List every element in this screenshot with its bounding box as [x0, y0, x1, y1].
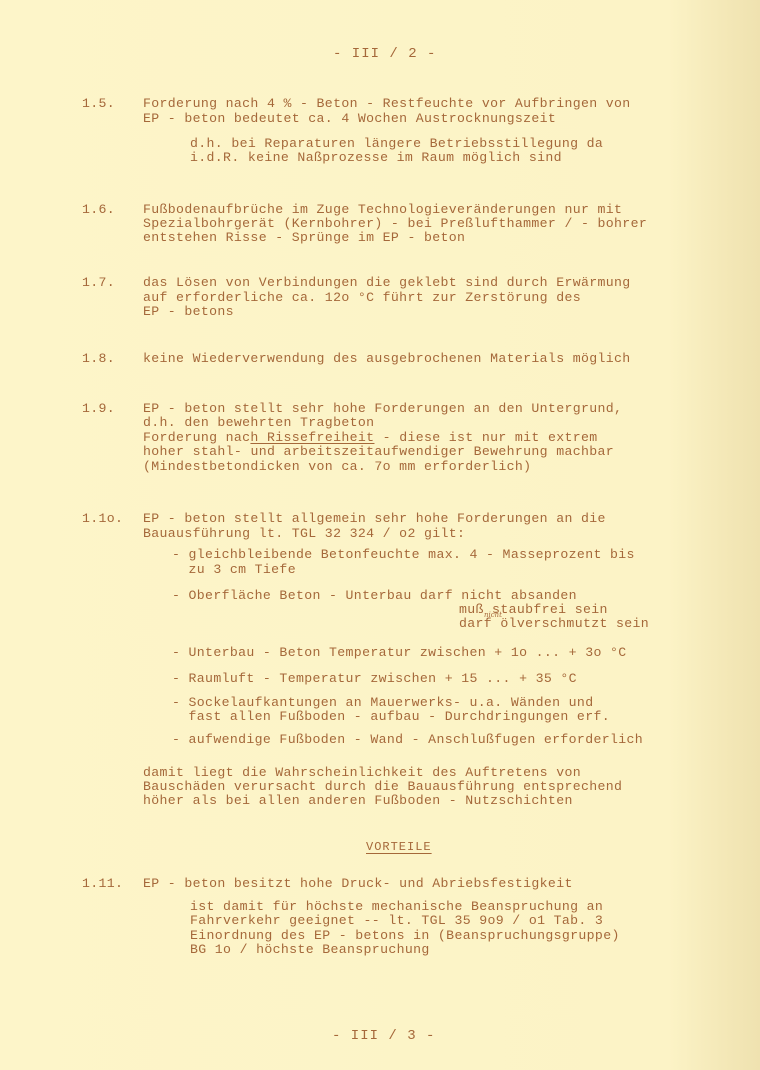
section-1-11-first-line: EP - beton besitzt hohe Druck- und Abrie… [143, 877, 573, 890]
section-1-11-line-2: Fahrverkehr geeignet -- lt. TGL 35 9o9 /… [190, 914, 603, 927]
bullet-oberflaeche: - Oberfläche Beton - Unterbau darf nicht… [172, 589, 577, 602]
underlined-rissefreiheit: Rissefreiheit [267, 430, 374, 445]
text-segment: aufwendiger Bewehrung machbar [374, 444, 614, 459]
section-1-10-line-2: Bauausführung lt. TGL 32 324 / o2 gilt: [143, 527, 465, 540]
conclusion-line-1: damit liegt die Wahrscheinlichkeit des A… [143, 766, 581, 779]
section-number-1-10: 1.1o. [82, 512, 123, 525]
bullet-anschlussfugen: - aufwendige Fußboden - Wand - Anschlußf… [172, 733, 643, 746]
conclusion-line-3: höher als bei allen anderen Fußboden - N… [143, 794, 573, 807]
bullet-feuchte-line-1: - gleichbleibende Betonfeuchte max. 4 - … [172, 548, 635, 561]
section-1-5-line-2: EP - beton bedeutet ca. 4 Wochen Austroc… [143, 112, 556, 125]
bullet-raumluft-temp: - Raumluft - Temperatur zwischen + 15 ..… [172, 672, 577, 685]
section-1-5-sub-1: d.h. bei Reparaturen längere Betriebssti… [190, 137, 603, 150]
typewritten-page: - III / 2 - 1.5. Forderung nach 4 % - Be… [0, 0, 760, 1070]
section-1-9-line-5: (Mindestbetondicken von ca. 7o mm erford… [143, 460, 531, 473]
section-1-11-line-3: Einordnung des EP - betons in (Beanspruc… [190, 929, 620, 942]
text-segment: - diese ist nur mit extrem [374, 430, 597, 445]
section-1-8-line-1: keine Wiederverwendung des ausgebrochene… [143, 352, 631, 365]
section-number-1-5: 1.5. [82, 97, 115, 110]
section-number-1-9: 1.9. [82, 402, 115, 415]
section-number-1-8: 1.8. [82, 352, 115, 365]
conclusion-line-2: Bauschäden verursacht durch die Bauausfü… [143, 780, 622, 793]
bullet-feuchte-line-2: zu 3 cm Tiefe [172, 563, 296, 576]
section-number-1-7: 1.7. [82, 276, 115, 289]
section-1-5-line-1: Forderung nach 4 % - Beton - Restfeuchte… [143, 97, 631, 110]
section-1-6-line-3: entstehen Risse - Sprünge im EP - beton [143, 231, 465, 244]
section-1-6-line-2: Spezialbohrgerät (Kernbohrer) - bei Preß… [143, 217, 647, 230]
section-1-5-sub-2: i.d.R. keine Naßprozesse im Raum möglich… [190, 151, 562, 164]
page-footer: - III / 3 - [332, 1030, 435, 1043]
bullet-sockel-line-2: fast allen Fußboden - aufbau - Durchdrin… [172, 710, 610, 723]
bullet-unterbau-temp: - Unterbau - Beton Temperatur zwischen +… [172, 646, 627, 659]
marked-und-arbeitszeit: und arbeitszeit [250, 444, 374, 459]
text-segment: hoher stahl- [143, 444, 250, 459]
advantages-heading: VORTEILE [366, 841, 432, 854]
section-1-9-line-2: d.h. den bewehrten Tragbeton [143, 416, 374, 429]
section-1-9-line-4: hoher stahl- und arbeitszeitaufwendiger … [143, 445, 614, 458]
section-1-7-line-3: EP - betons [143, 305, 234, 318]
bullet-oberflaeche-cont-1: muß staubfrei sein [459, 603, 608, 616]
text-segment: Forderung nach [143, 430, 267, 445]
page-header: - III / 2 - [333, 48, 436, 61]
section-1-9-line-3: Forderung nach Rissefreiheit - diese ist… [143, 431, 598, 444]
section-1-10-line-1: EP - beton stellt allgemein sehr hohe Fo… [143, 512, 606, 525]
section-1-11-line-4: BG 1o / höchste Beanspruchung [190, 943, 430, 956]
section-1-7-line-1: das Lösen von Verbindungen die geklebt s… [143, 276, 631, 289]
section-number-1-11: 1.11. [82, 877, 123, 890]
section-number-1-6: 1.6. [82, 203, 115, 216]
handwritten-insert: nicht [484, 611, 502, 619]
section-1-9-line-1: EP - beton stellt sehr hohe Forderungen … [143, 402, 622, 415]
section-1-7-line-2: auf erforderliche ca. 12o °C führt zur Z… [143, 291, 581, 304]
bullet-sockel-line-1: - Sockelaufkantungen an Mauerwerks- u.a.… [172, 696, 593, 709]
section-1-6-line-1: Fußbodenaufbrüche im Zuge Technologiever… [143, 203, 622, 216]
section-1-11-line-1: ist damit für höchste mechanische Beansp… [190, 900, 603, 913]
